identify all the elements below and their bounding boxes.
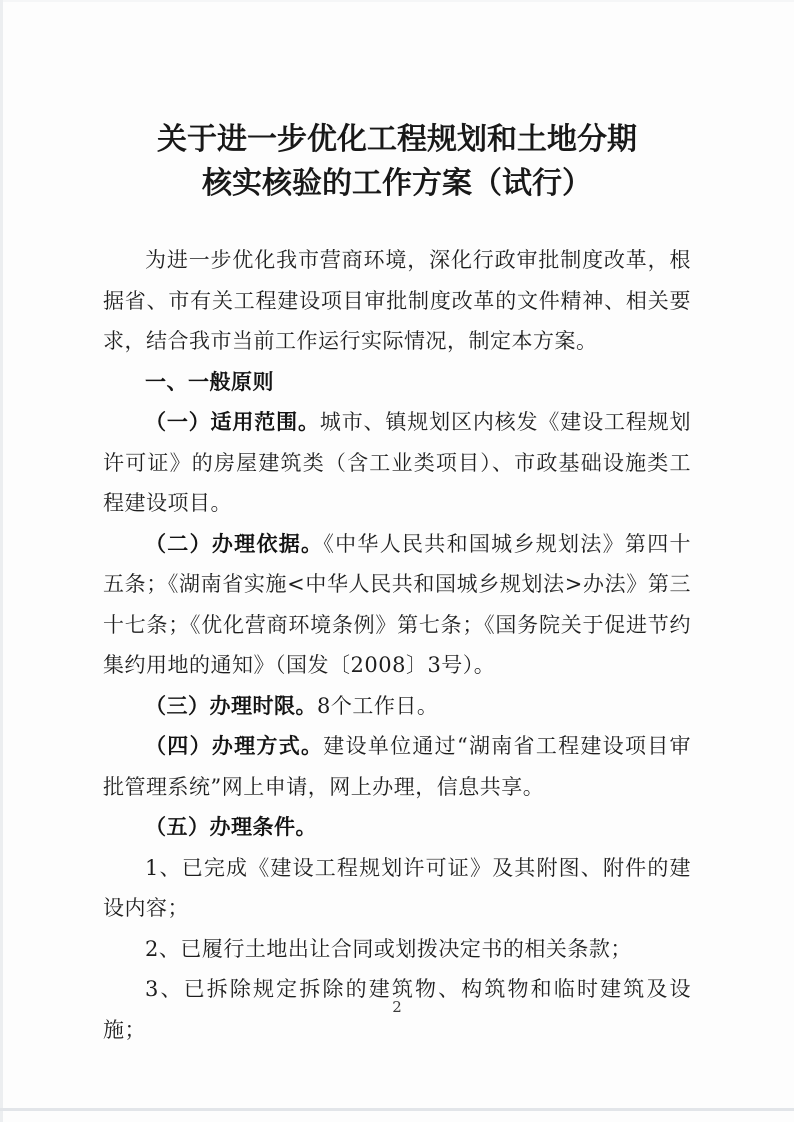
document-title: 关于进一步优化工程规划和土地分期 核实核验的工作方案（试行） <box>103 118 691 206</box>
paragraph-text: 2、已履行土地出让合同或划拨决定书的相关条款； <box>145 937 632 961</box>
scan-edge-top <box>0 0 794 2</box>
paragraph-text: 8个工作日。 <box>317 694 438 718</box>
paragraph-method: （四）办理方式。建设单位通过“湖南省工程建设项目审批管理系统”网上申请，网上办理… <box>103 726 691 807</box>
page-number: 2 <box>0 998 794 1016</box>
paragraph-basis: （二）办理依据。《中华人民共和国城乡规划法》第四十五条；《湖南省实施<中华人民共… <box>103 524 691 686</box>
document-body: 为进一步优化我市营商环境，深化行政审批制度改革，根据省、市有关工程建设项目审批制… <box>103 240 691 1050</box>
scanned-document-page: 关于进一步优化工程规划和土地分期 核实核验的工作方案（试行） 为进一步优化我市营… <box>0 0 794 1122</box>
paragraph-lead: （三）办理时限。 <box>145 693 317 718</box>
paragraph-intro: 为进一步优化我市营商环境，深化行政审批制度改革，根据省、市有关工程建设项目审批制… <box>103 240 691 362</box>
paragraph-conditions-heading: （五）办理条件。 <box>103 807 691 848</box>
paragraph-condition-1: 1、已完成《建设工程规划许可证》及其附图、附件的建设内容； <box>103 848 691 929</box>
paragraph-condition-2: 2、已履行土地出让合同或划拨决定书的相关条款； <box>103 929 691 970</box>
paragraph-time-limit: （三）办理时限。8个工作日。 <box>103 686 691 727</box>
paragraph-text: 1、已完成《建设工程规划许可证》及其附图、附件的建设内容； <box>103 856 691 921</box>
document-title-line-2: 核实核验的工作方案（试行） <box>103 162 691 206</box>
scan-edge-bottom <box>0 1108 794 1111</box>
paragraph-scope: （一）适用范围。城市、镇规划区内核发《建设工程规划许可证》的房屋建筑类（含工业类… <box>103 402 691 524</box>
paragraph-lead: 一、一般原则 <box>145 369 274 394</box>
paragraph-lead: （一）适用范围。 <box>145 409 320 434</box>
paragraph-lead: （四）办理方式。 <box>145 733 323 758</box>
scan-edge-left <box>0 0 3 1122</box>
paragraph-section-1-heading: 一、一般原则 <box>103 362 691 403</box>
paragraph-text: 为进一步优化我市营商环境，深化行政审批制度改革，根据省、市有关工程建设项目审批制… <box>103 248 691 353</box>
paragraph-lead: （五）办理条件。 <box>145 814 317 839</box>
document-content: 关于进一步优化工程规划和土地分期 核实核验的工作方案（试行） 为进一步优化我市营… <box>103 118 691 1050</box>
paragraph-lead: （二）办理依据。 <box>145 531 323 556</box>
document-title-line-1: 关于进一步优化工程规划和土地分期 <box>103 118 691 162</box>
